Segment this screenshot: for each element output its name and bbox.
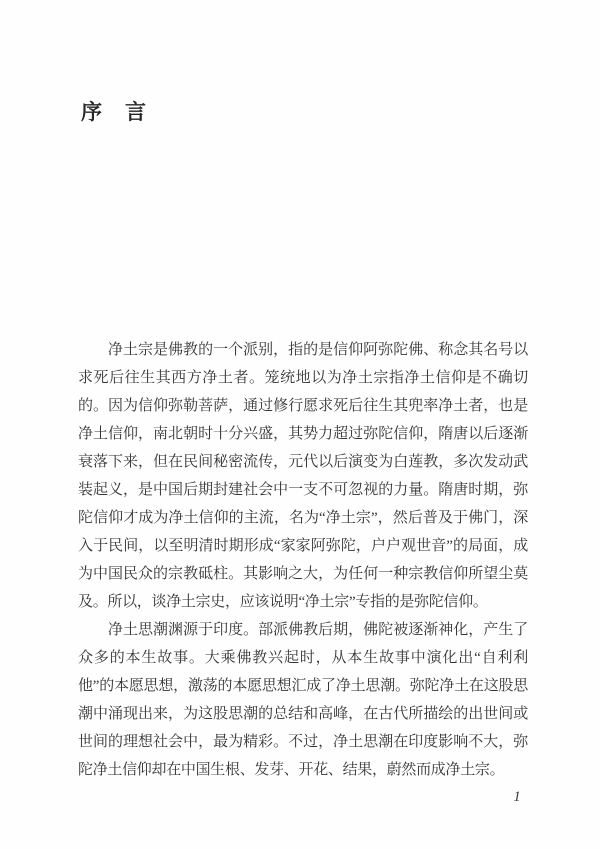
paragraph: 净土宗是佛教的一个派别，指的是信仰阿弥陀佛、称念其名号以求死后往生其西方净土者。… <box>78 336 528 616</box>
book-page: 序 言 净土宗是佛教的一个派别，指的是信仰阿弥陀佛、称念其名号以求死后往生其西方… <box>0 0 600 849</box>
page-number: 1 <box>505 789 529 806</box>
paragraph: 净土思潮渊源于印度。部派佛教后期，佛陀被逐渐神化，产生了众多的本生故事。大乘佛教… <box>78 616 528 784</box>
page-title: 序 言 <box>81 96 147 126</box>
body-text: 净土宗是佛教的一个派别，指的是信仰阿弥陀佛、称念其名号以求死后往生其西方净土者。… <box>78 336 528 784</box>
